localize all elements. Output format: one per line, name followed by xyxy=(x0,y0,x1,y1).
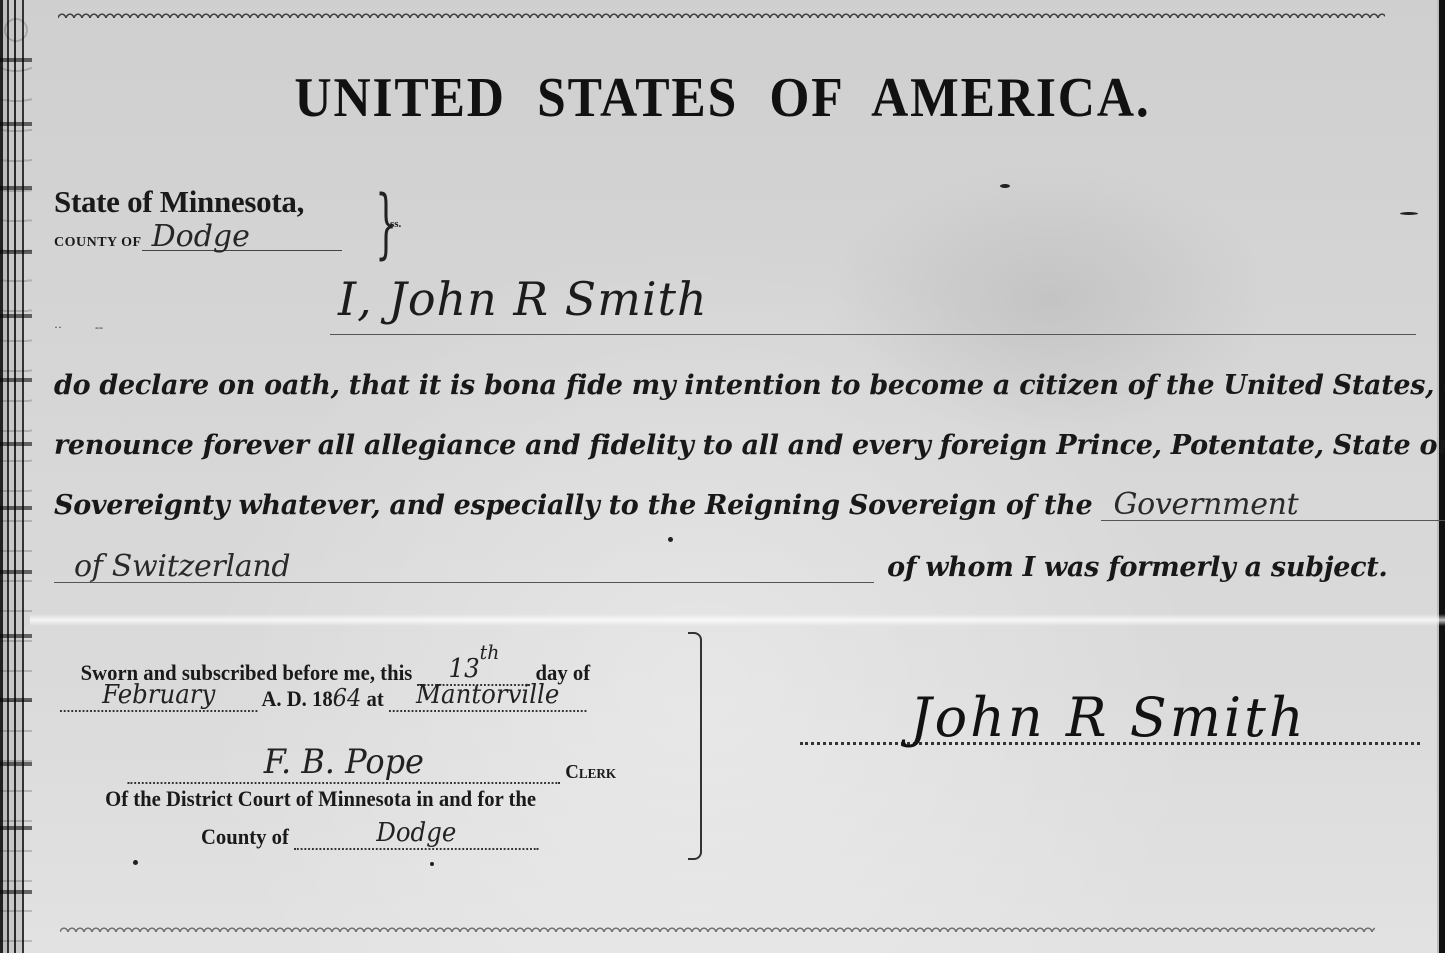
venue-county-label: COUNTY OF xyxy=(54,235,142,251)
oath-government-handwritten: Government xyxy=(1101,490,1445,521)
bottom-wavy-rule xyxy=(60,924,1375,932)
ink-speck xyxy=(1400,212,1418,215)
margin-marks: ·· -- xyxy=(54,320,103,335)
oath-country-handwritten: of Switzerland xyxy=(54,552,874,583)
document-title: UNITED STATES OF AMERICA. xyxy=(58,66,1387,130)
naturalization-declaration-document: UNITED STATES OF AMERICA. State of Minne… xyxy=(0,0,1445,953)
jurat-place-handwritten: Mantorville xyxy=(389,680,586,712)
jurat-clerk-label: Clerk xyxy=(565,761,616,783)
ornamental-left-border xyxy=(0,0,32,953)
jurat-month-handwritten: February xyxy=(60,680,257,712)
venue-ss-mark: ss. xyxy=(390,218,401,230)
venue-county-handwritten: Dodge xyxy=(142,224,342,251)
ink-speck xyxy=(430,862,434,866)
jurat-brace-icon xyxy=(688,632,702,860)
ink-speck xyxy=(668,537,673,542)
jurat-clerk-row: F. B. Pope Clerk xyxy=(128,742,616,784)
venue-state: State of Minnesota, xyxy=(54,184,342,220)
oath-line-4: of Switzerland of whom I was formerly a … xyxy=(54,552,1424,583)
oath-line-2: renounce forever all allegiance and fide… xyxy=(54,430,1424,461)
declarant-name-handwritten: I, John R Smith xyxy=(338,272,708,326)
ink-speck xyxy=(1000,184,1010,188)
venue-block: State of Minnesota, COUNTY OF Dodge xyxy=(54,184,342,251)
paper-fold-line xyxy=(30,614,1445,626)
top-wavy-rule xyxy=(58,10,1385,18)
jurat-county-row: County of Dodge xyxy=(201,818,538,850)
jurat-clerk-signature: F. B. Pope xyxy=(128,742,560,784)
page-right-edge xyxy=(1437,0,1445,953)
jurat-ad-text: A. D. 18 xyxy=(261,686,332,711)
oath-line-3-text: Sovereignty whatever, and especially to … xyxy=(54,490,1092,521)
jurat-day-suffix: th xyxy=(480,640,500,664)
oath-line-3: Sovereignty whatever, and especially to … xyxy=(54,490,1424,521)
jurat-court-row: Of the District Court of Minnesota in an… xyxy=(105,786,536,812)
declarant-signature: John R Smith xyxy=(910,686,1307,749)
oath-line-4-text: of whom I was formerly a subject. xyxy=(887,552,1387,583)
jurat-year-handwritten: 64 xyxy=(333,684,362,712)
jurat-county-text: County of xyxy=(201,824,289,849)
declarant-signature-block: John R Smith xyxy=(800,680,1420,790)
jurat-county-handwritten: Dodge xyxy=(294,818,538,850)
jurat-date-row: February A. D. 1864 at Mantorville xyxy=(60,680,586,712)
venue-county-row: COUNTY OF Dodge xyxy=(54,224,342,251)
ink-speck xyxy=(133,860,138,865)
jurat-at-text: at xyxy=(367,686,384,711)
oath-line-1: do declare on oath, that it is bona fide… xyxy=(54,370,1424,401)
